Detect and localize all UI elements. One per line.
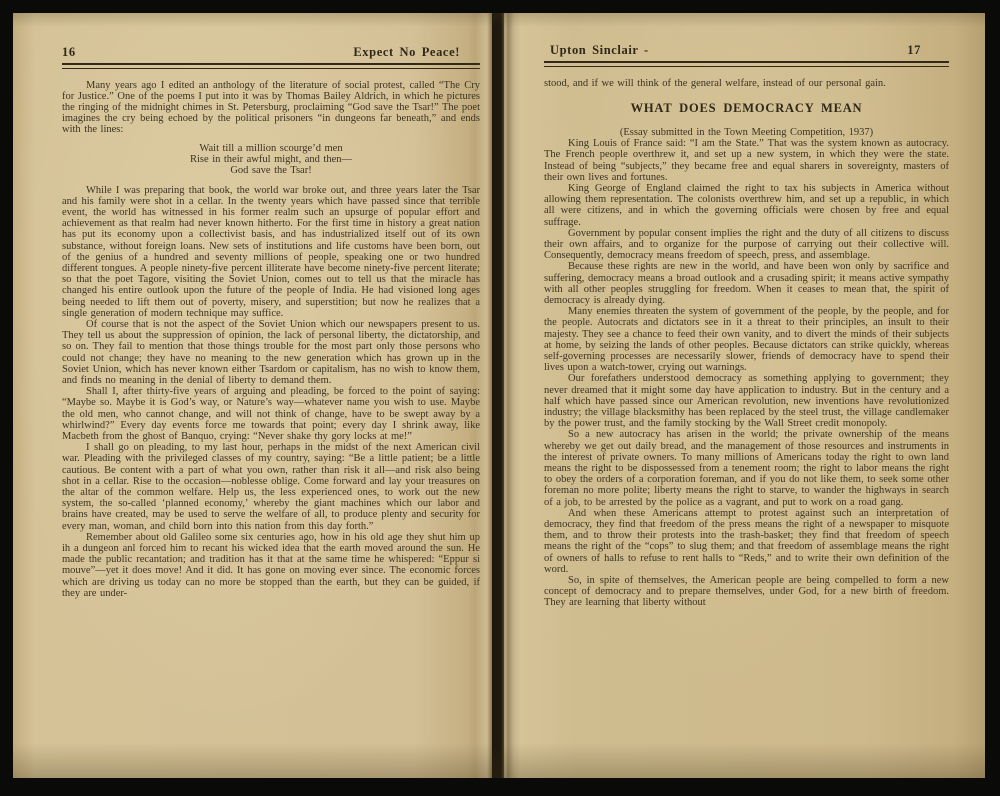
paragraph: So a new autocracy has arisen in the wor…	[544, 429, 949, 507]
page-header-left: 16 Expect No Peace!	[62, 45, 480, 60]
paragraph: So, in spite of themselves, the American…	[544, 575, 949, 609]
book-spread: 16 Expect No Peace! Many years ago I edi…	[13, 13, 985, 778]
verse-line: God save the Tsar!	[62, 165, 480, 176]
running-title: Expect No Peace!	[353, 45, 460, 60]
page-17: Upton Sinclair - 17 stood, and if we wil…	[504, 13, 985, 778]
paragraph: Because these rights are new in the worl…	[544, 261, 949, 306]
verse-block: Wait till a million scourge’d men Rise i…	[62, 143, 480, 176]
paragraph: Of course that is not the aspect of the …	[62, 319, 480, 386]
paragraph: King George of England claimed the right…	[544, 183, 949, 228]
paragraph: And when these Americans attempt to prot…	[544, 508, 949, 575]
page-body: Many years ago I edited an anthology of …	[62, 80, 480, 600]
essay-credit-line: (Essay submitted in the Town Meeting Com…	[544, 127, 949, 138]
page-body: stood, and if we will think of the gener…	[544, 78, 949, 609]
verse-line: Rise in their awful might, and then—	[62, 154, 480, 165]
header-rule	[544, 61, 949, 67]
paragraph: Shall I, after thirty-five years of argu…	[62, 386, 480, 442]
paragraph: King Louis of France said: “I am the Sta…	[544, 138, 949, 183]
paragraph: I shall go on pleading, to my last hour,…	[62, 442, 480, 532]
paragraph: Many years ago I edited an anthology of …	[62, 80, 480, 136]
paragraph: Many enemies threaten the system of gove…	[544, 306, 949, 373]
verse-line: Wait till a million scourge’d men	[62, 143, 480, 154]
book-scan: 16 Expect No Peace! Many years ago I edi…	[0, 0, 1000, 796]
paragraph: While I was preparing that book, the wor…	[62, 185, 480, 319]
paragraph: Government by popular consent implies th…	[544, 228, 949, 262]
page-number: 17	[907, 43, 921, 58]
header-rule	[62, 63, 480, 69]
running-title: Upton Sinclair -	[550, 43, 649, 58]
page-header-right: Upton Sinclair - 17	[544, 43, 949, 58]
chapter-heading: WHAT DOES DEMOCRACY MEAN	[544, 103, 949, 114]
paragraph: Our forefathers understood democracy as …	[544, 373, 949, 429]
continuation-paragraph: stood, and if we will think of the gener…	[544, 78, 949, 89]
page-16: 16 Expect No Peace! Many years ago I edi…	[13, 13, 492, 778]
paragraph: Remember about old Galileo some six cent…	[62, 532, 480, 599]
page-number: 16	[62, 45, 76, 60]
